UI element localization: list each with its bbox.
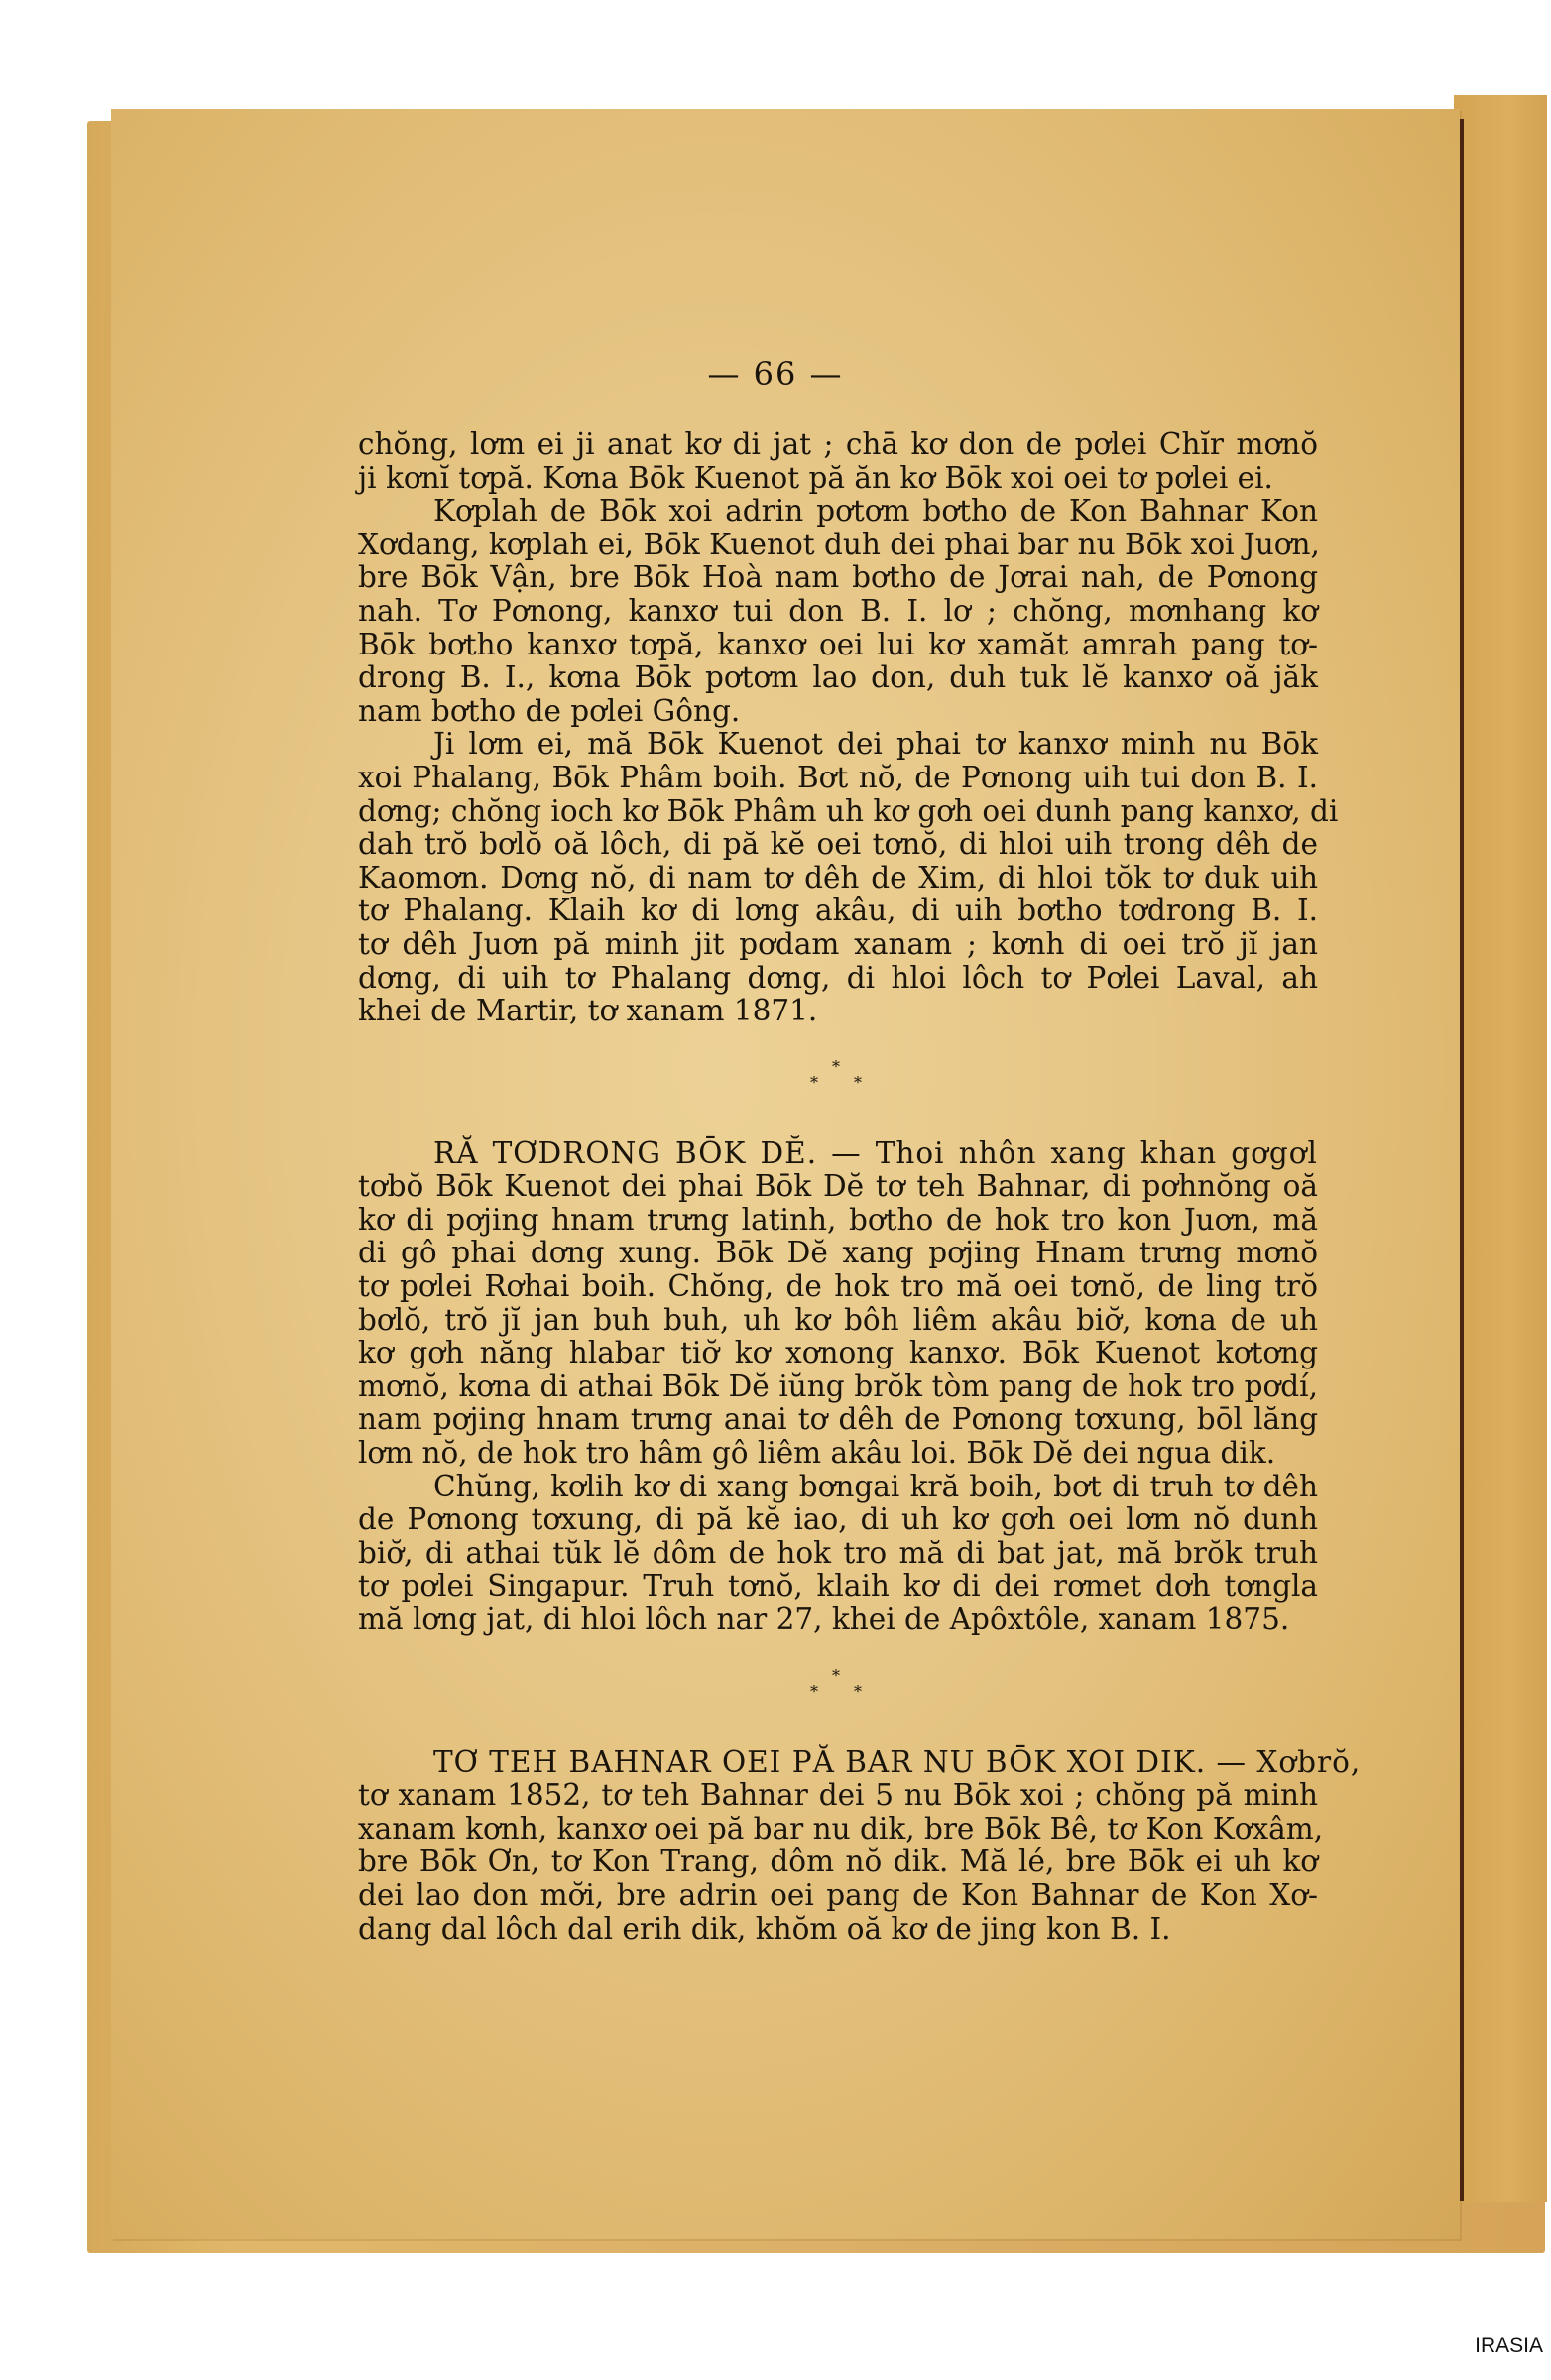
text-line: Bōk bơtho kanxơ tơpă, kanxơ oei lui kơ x… xyxy=(358,629,1318,662)
text-line: xanam kơnh, kanxơ oei pă bar nu dik, bre… xyxy=(358,1813,1318,1846)
text-line: dah trŏ bơlŏ oă lôch, di pă kĕ oei tơnŏ,… xyxy=(358,828,1318,862)
text-line: di gô phai dơng xung. Bōk Dĕ xang pơjing… xyxy=(358,1237,1318,1270)
paragraph-5: Chŭng, kơlih kơ di xang bơngai kră boih,… xyxy=(358,1471,1318,1637)
text-line: Kơplah de Bōk xoi adrin pơtơm bơtho de K… xyxy=(358,495,1318,529)
text-line: dơng, di uih tơ Phalang dơng, di hloi lô… xyxy=(358,962,1318,996)
text-line: mơnŏ, kơna di athai Bōk Dĕ iŭng brŏk tòm… xyxy=(358,1370,1318,1404)
page-number: — 66 — xyxy=(0,355,1551,393)
text-line: Chŭng, kơlih kơ di xang bơngai kră boih,… xyxy=(358,1471,1318,1504)
text-line: bơlŏ, trŏ jĭ jan buh buh, uh kơ bôh liêm… xyxy=(358,1304,1318,1338)
paragraph-1: chŏng, lơm ei ji anat kơ di jat ; chā kơ… xyxy=(358,428,1318,495)
text-line: bre Bōk Vận, bre Bōk Hoà nam bơtho de Jơ… xyxy=(358,561,1318,595)
text-line: tơ dêh Juơn pă minh jit pơdam xanam ; kơ… xyxy=(358,928,1318,962)
text-line: khei de Martir, tơ xanam 1871. xyxy=(358,995,1318,1028)
watermark-label: IRASIA xyxy=(1475,2334,1543,2358)
text-line: tơ Phalang. Klaih kơ di lơng akâu, di ui… xyxy=(358,894,1318,928)
section-heading-line: RĂ TƠDRONG BŌK DĔ. — Thoi nhôn xang khan… xyxy=(358,1137,1318,1171)
text-line: tơbŏ Bōk Kuenot dei phai Bōk Dĕ tơ teh B… xyxy=(358,1170,1318,1204)
text-line: tơ pơlei Singapur. Truh tơnŏ, klaih kơ d… xyxy=(358,1570,1318,1604)
text-line: tơ pơlei Rơhai boih. Chŏng, de hok tro m… xyxy=(358,1270,1318,1304)
text-line: nah. Tơ Pơnong, kanxơ tui don B. I. lơ ;… xyxy=(358,595,1318,629)
paragraph-3: Ji lơm ei, mă Bōk Kuenot dei phai tơ kan… xyxy=(358,728,1318,1027)
text-line: dang dal lôch dal erih dik, khŏm oă kơ d… xyxy=(358,1913,1318,1947)
text-line: Kaomơn. Dơng nŏ, di nam tơ dêh de Xim, d… xyxy=(358,862,1318,895)
text-line: kơ gơh năng hlabar tiơ̆ kơ xơnong kanxơ.… xyxy=(358,1337,1318,1370)
text-line: drong B. I., kơna Bōk pơtơm lao don, duh… xyxy=(358,661,1318,695)
text-line: de Pơnong tơxung, di pă kĕ iao, di uh kơ… xyxy=(358,1503,1318,1537)
text-line: dei lao don mơ̆i, bre adrin oei pang de … xyxy=(358,1879,1318,1913)
section-teh-bahnar: TƠ TEH BAHNAR OEI PĂ BAR NU BŌK XOI DIK.… xyxy=(358,1746,1318,1947)
section-bok-de: RĂ TƠDRONG BŌK DĔ. — Thoi nhôn xang khan… xyxy=(358,1137,1318,1471)
text-line: tơ xanam 1852, tơ teh Bahnar dei 5 nu Bō… xyxy=(358,1779,1318,1813)
text-line: nam bơtho de pơlei Gông. xyxy=(358,695,1318,729)
text-line: ji kơnĭ tơpă. Kơna Bōk Kuenot pă ăn kơ B… xyxy=(358,462,1318,496)
section-heading-line: TƠ TEH BAHNAR OEI PĂ BAR NU BŌK XOI DIK.… xyxy=(358,1746,1318,1780)
text-line: Ji lơm ei, mă Bōk Kuenot dei phai tơ kan… xyxy=(358,728,1318,762)
body-text: chŏng, lơm ei ji anat kơ di jat ; chā kơ… xyxy=(358,428,1318,1946)
text-line: chŏng, lơm ei ji anat kơ di jat ; chā kơ… xyxy=(358,428,1318,462)
text-line: xoi Phalang, Bōk Phâm boih. Bơt nŏ, de P… xyxy=(358,762,1318,795)
text-line: Xơdang, kơplah ei, Bōk Kuenot duh dei ph… xyxy=(358,529,1318,562)
paragraph-2: Kơplah de Bōk xoi adrin pơtơm bơtho de K… xyxy=(358,495,1318,728)
text-line: biơ̆, di athai tŭk lĕ dôm de hok tro mă … xyxy=(358,1537,1318,1571)
text-line: lơm nŏ, de hok tro hâm gô liêm akâu loi.… xyxy=(358,1437,1318,1471)
section-separator: * * * xyxy=(358,1637,1318,1746)
text-line: bre Bōk Ơn, tơ Kon Trang, dôm nŏ dik. Mă… xyxy=(358,1845,1318,1879)
text-line: kơ di pơjing hnam trưng latinh, bơtho de… xyxy=(358,1204,1318,1238)
text-line: mă lơng jat, di hloi lôch nar 27, khei d… xyxy=(358,1604,1318,1637)
text-line: nam pơjing hnam trưng anai tơ dêh de Pơn… xyxy=(358,1403,1318,1437)
page-spine-edge xyxy=(1460,119,1464,2201)
asterism-icon: * * * xyxy=(808,1659,868,1699)
text-line: dơng; chŏng ioch kơ Bōk Phâm uh kơ gơh o… xyxy=(358,795,1318,829)
asterism-icon: * * * xyxy=(808,1050,868,1090)
section-separator: * * * xyxy=(358,1028,1318,1137)
back-sheet-right-edge xyxy=(1454,95,1547,2202)
